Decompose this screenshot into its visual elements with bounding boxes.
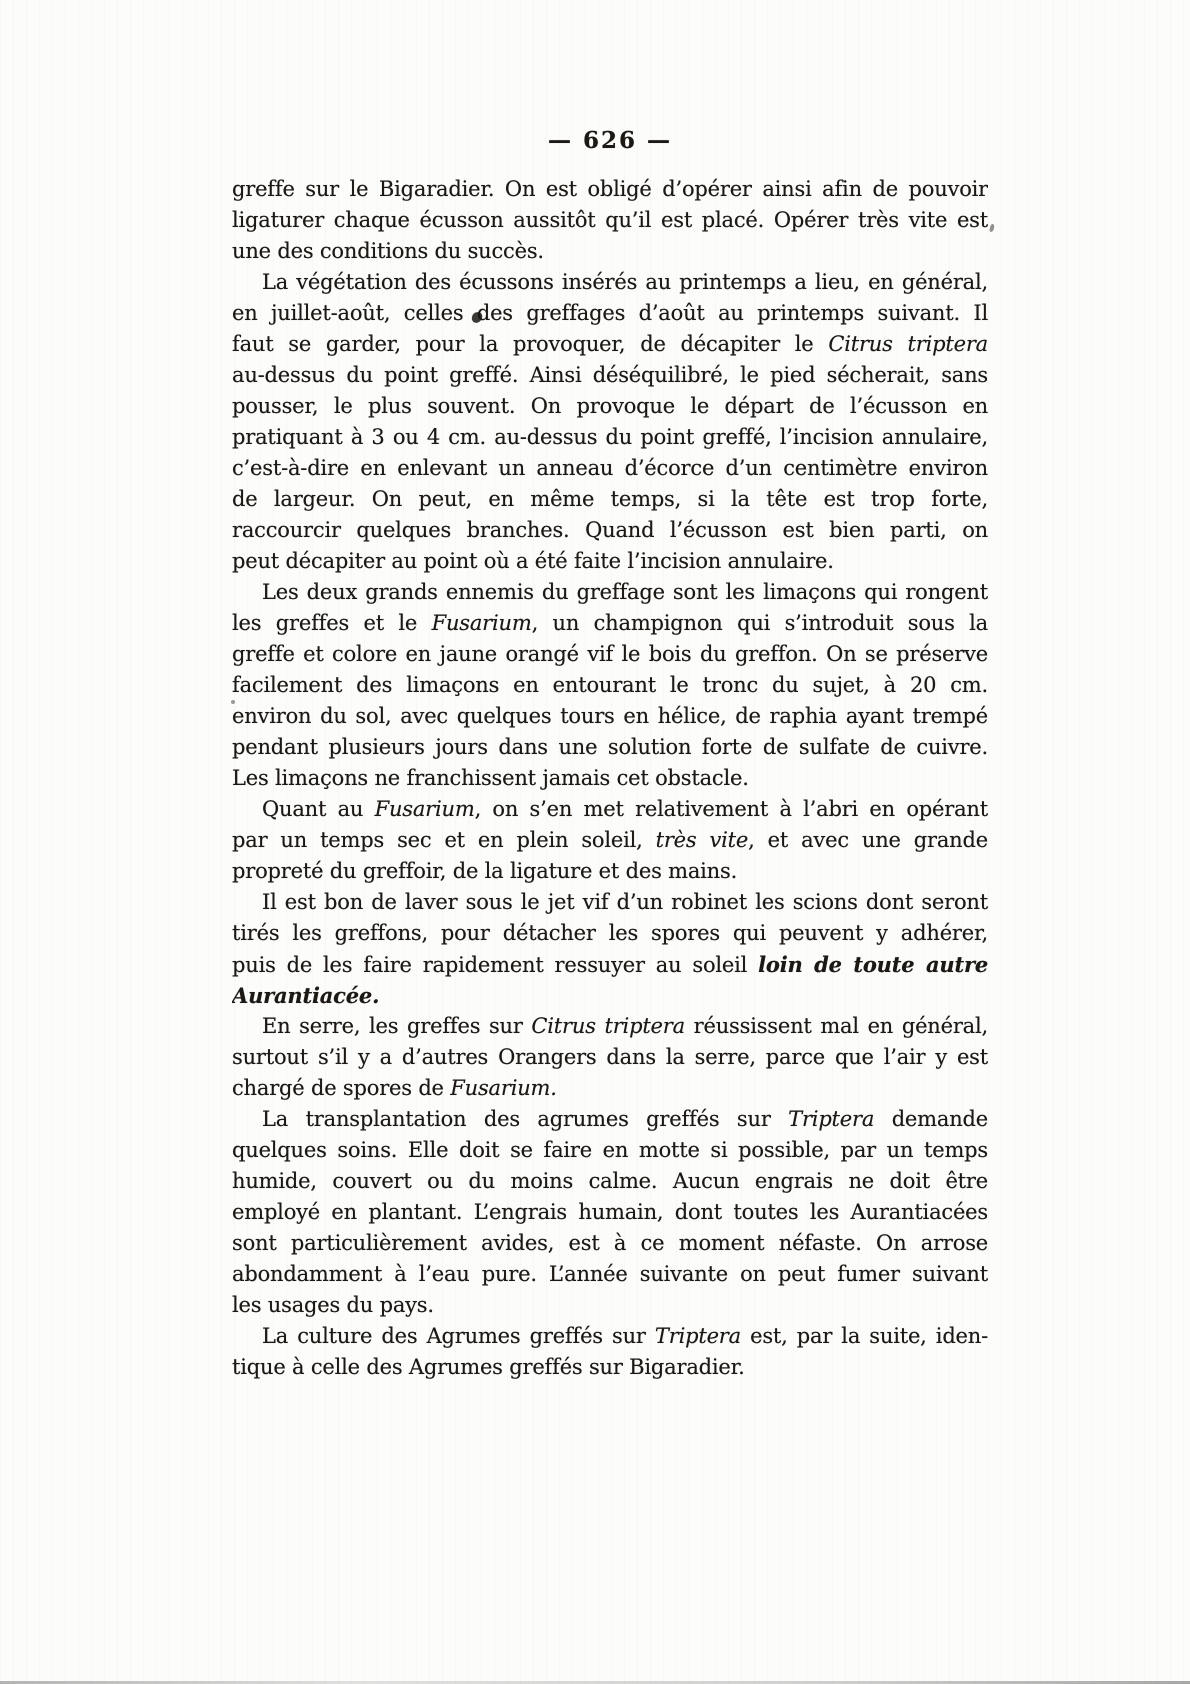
text-line: tirés les greffons, pour détacher les sp… (232, 918, 988, 949)
body-text: surtout s’il y a d’autres Orangers dans … (232, 1045, 988, 1069)
emphasized-text: Aurantiacée. (232, 983, 379, 1008)
scan-speck (989, 224, 995, 233)
text-line: une des conditions du succès. (232, 236, 988, 267)
text-line: greffe sur le Bigaradier. On est obligé … (232, 174, 988, 205)
body-text: demande (874, 1107, 988, 1131)
emphasized-text: loin de toute autre (758, 952, 988, 977)
text-line: employé en plantant. L’engrais humain, d… (232, 1197, 988, 1228)
body-text: puis de les faire rapidement ressuyer au… (232, 953, 758, 977)
body-text: par un temps sec et en plein soleil, (232, 828, 656, 852)
scan-speck (231, 700, 235, 704)
body-text: c’est-à-dire en enlevant un anneau d’éco… (232, 456, 988, 480)
text-line: de largeur. On peut, en même temps, si l… (232, 484, 988, 515)
emphasized-text: Triptera (655, 1324, 741, 1348)
text-line: faut se garder, pour la provoquer, de dé… (232, 329, 988, 360)
body-text: environ du sol, avec quelques tours en h… (232, 704, 988, 728)
body-text: pratiquant à 3 ou 4 cm. au-dessus du poi… (232, 425, 988, 449)
text-line: peut décapiter au point où a été faite l… (232, 546, 988, 577)
paragraph: En serre, les greffes sur Citrus tripter… (232, 1011, 988, 1104)
body-text: greffe et colore en jaune orangé vif le … (232, 642, 988, 666)
body-text: employé en plantant. L’engrais humain, d… (232, 1200, 988, 1224)
text-line: c’est-à-dire en enlevant un anneau d’éco… (232, 453, 988, 484)
text-line: chargé de spores de Fusarium. (232, 1073, 988, 1104)
emphasized-text: Citrus triptera (828, 332, 988, 356)
page: — 626 — greffe sur le Bigaradier. On est… (0, 0, 1190, 1684)
paragraph: La végétation des écussons insérés au pr… (232, 267, 988, 577)
body-text: Les limaçons ne franchissent jamais cet … (232, 766, 749, 790)
body-text: , on s’en met relativement à l’abri en o… (475, 797, 988, 821)
body-text: La végétation des écussons insérés au pr… (262, 270, 988, 294)
text-line: les usages du pays. (232, 1290, 988, 1321)
body-text: pendant plusieurs jours dans une solutio… (232, 735, 988, 759)
emphasized-text: Triptera (788, 1107, 874, 1131)
text-line: propreté du greffoir, de la ligature et … (232, 856, 988, 887)
text-line: greffe et colore en jaune orangé vif le … (232, 639, 988, 670)
text-line: Les limaçons ne franchissent jamais cet … (232, 763, 988, 794)
text-line: humide, couvert ou du moins calme. Aucun… (232, 1166, 988, 1197)
text-line: facilement des limaçons en entourant le … (232, 670, 988, 701)
text-line: par un temps sec et en plein soleil, trè… (232, 825, 988, 856)
text-line: La transplantation des agrumes greffés s… (232, 1104, 988, 1135)
text-block: greffe sur le Bigaradier. On est obligé … (232, 174, 988, 1383)
paragraph: La culture des Agrumes greffés sur Tript… (232, 1321, 988, 1383)
text-line: Il est bon de laver sous le jet vif d’un… (232, 887, 988, 918)
paragraph: Quant au Fusarium, on s’en met relativem… (232, 794, 988, 887)
body-text: Il est bon de laver sous le jet vif d’un… (262, 890, 988, 914)
body-text: tirés les greffons, pour détacher les sp… (232, 921, 988, 945)
body-text: propreté du greffoir, de la ligature et … (232, 859, 737, 883)
body-text: humide, couvert ou du moins calme. Aucun… (232, 1169, 988, 1193)
text-line: tique à celle des Agrumes greffés sur Bi… (232, 1352, 988, 1383)
body-text: en juillet-août, celles des greffages d’… (232, 301, 988, 325)
paragraph: Les deux grands ennemis du greffage sont… (232, 577, 988, 794)
page-number: — 626 — (232, 127, 988, 154)
text-line: puis de les faire rapidement ressuyer au… (232, 949, 988, 980)
paragraph: La transplantation des agrumes greffés s… (232, 1104, 988, 1321)
body-text: facilement des limaçons en entourant le … (232, 673, 988, 697)
body-text: une des conditions du succès. (232, 239, 544, 263)
text-line: en juillet-août, celles des greffages d’… (232, 298, 988, 329)
body-text: tique à celle des Agrumes greffés sur Bi… (232, 1355, 745, 1379)
body-text: pousser, le plus souvent. On provoque le… (232, 394, 988, 418)
text-line: En serre, les greffes sur Citrus tripter… (232, 1011, 988, 1042)
body-text: les greffes et le (232, 611, 432, 635)
text-line: quelques soins. Elle doit se faire en mo… (232, 1135, 988, 1166)
body-text: En serre, les greffes sur (262, 1014, 531, 1038)
body-text: Les deux grands ennemis du greffage sont… (262, 580, 988, 604)
text-line: surtout s’il y a d’autres Orangers dans … (232, 1042, 988, 1073)
text-line: abondamment à l’eau pure. L’année suivan… (232, 1259, 988, 1290)
text-line: La culture des Agrumes greffés sur Tript… (232, 1321, 988, 1352)
text-line: pousser, le plus souvent. On provoque le… (232, 391, 988, 422)
body-text: La culture des Agrumes greffés sur (262, 1324, 655, 1348)
emphasized-text: Fusarium. (450, 1076, 556, 1100)
body-text: de largeur. On peut, en même temps, si l… (232, 487, 988, 511)
emphasized-text: Citrus triptera (531, 1014, 685, 1038)
text-line: les greffes et le Fusarium, un champigno… (232, 608, 988, 639)
body-text: , un champignon qui s’introduit sous la (532, 611, 988, 635)
body-text: greffe sur le Bigaradier. On est obligé … (232, 177, 988, 201)
body-text: les usages du pays. (232, 1293, 434, 1317)
body-text: La transplantation des agrumes greffés s… (262, 1107, 788, 1131)
body-text: Quant au (262, 797, 375, 821)
text-line: Quant au Fusarium, on s’en met relativem… (232, 794, 988, 825)
body-text: est, par la suite, iden- (741, 1324, 988, 1348)
text-line: Aurantiacée. (232, 980, 988, 1011)
body-text: sont particulièrement avides, est à ce m… (232, 1231, 988, 1255)
emphasized-text: Fusarium (432, 611, 532, 635)
body-text: chargé de spores de (232, 1076, 450, 1100)
text-line: environ du sol, avec quelques tours en h… (232, 701, 988, 732)
body-text: abondamment à l’eau pure. L’année suivan… (232, 1262, 988, 1286)
body-text: faut se garder, pour la provoquer, de dé… (232, 332, 828, 356)
text-line: au-dessus du point greffé. Ainsi déséqui… (232, 360, 988, 391)
text-line: raccourcir quelques branches. Quand l’éc… (232, 515, 988, 546)
body-text: quelques soins. Elle doit se faire en mo… (232, 1138, 988, 1162)
emphasized-text: Fusarium (375, 797, 475, 821)
text-line: pratiquant à 3 ou 4 cm. au-dessus du poi… (232, 422, 988, 453)
body-text: ligaturer chaque écusson aussitôt qu’il … (232, 208, 988, 232)
text-line: sont particulièrement avides, est à ce m… (232, 1228, 988, 1259)
emphasized-text: très vite (656, 828, 749, 852)
body-text: raccourcir quelques branches. Quand l’éc… (232, 518, 988, 542)
body-text: au-dessus du point greffé. Ainsi déséqui… (232, 363, 988, 387)
text-line: ligaturer chaque écusson aussitôt qu’il … (232, 205, 988, 236)
body-text: peut décapiter au point où a été faite l… (232, 549, 834, 573)
text-line: La végétation des écussons insérés au pr… (232, 267, 988, 298)
text-line: Les deux grands ennemis du greffage sont… (232, 577, 988, 608)
body-text: , et avec une grande (748, 828, 988, 852)
paragraph: Il est bon de laver sous le jet vif d’un… (232, 887, 988, 1011)
paragraph: greffe sur le Bigaradier. On est obligé … (232, 174, 988, 267)
text-line: pendant plusieurs jours dans une solutio… (232, 732, 988, 763)
body-text: réussissent mal en général, (685, 1014, 988, 1038)
